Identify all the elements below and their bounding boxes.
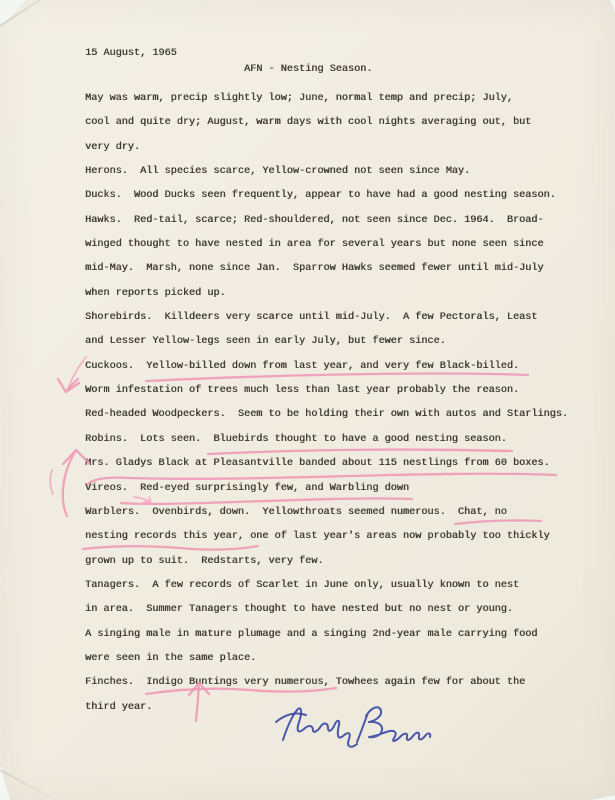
typed-line: Warblers. Ovenbirds, down. Yellowthroats… xyxy=(85,501,605,525)
typed-line: in area. Summer Tanagers thought to have… xyxy=(85,598,605,622)
typed-line: when reports picked up. xyxy=(85,282,605,306)
typed-line: Finches. Indigo Buntings very numerous, … xyxy=(85,671,605,695)
typed-line: third year. xyxy=(85,696,605,720)
typed-line: Vireos. Red-eyed surprisingly few, and W… xyxy=(85,477,605,501)
typed-line: grown up to suit. Redstarts, very few. xyxy=(85,550,605,574)
typed-line: May was warm, precip slightly low; June,… xyxy=(85,87,605,111)
typed-line: Tanagers. A few records of Scarlet in Ju… xyxy=(85,574,605,598)
letter-date: 15 August, 1965 xyxy=(85,48,177,59)
typed-line: and Lesser Yellow-legs seen in early Jul… xyxy=(85,330,605,354)
letter-body: May was warm, precip slightly low; June,… xyxy=(85,87,605,720)
typed-line: Mrs. Gladys Black at Pleasantville bande… xyxy=(85,452,605,476)
typed-line: very dry. xyxy=(85,136,605,160)
typed-line: Robins. Lots seen. Bluebirds thought to … xyxy=(85,428,605,452)
typed-line: were seen in the same place. xyxy=(85,647,605,671)
typed-line: winged thought to have nested in area fo… xyxy=(85,233,605,257)
typed-line: Worm infestation of trees much less than… xyxy=(85,379,605,403)
typed-line: Herons. All species scarce, Yellow-crown… xyxy=(85,160,605,184)
typed-line: nesting records this year, one of last y… xyxy=(85,525,605,549)
typed-line: mid-May. Marsh, none since Jan. Sparrow … xyxy=(85,257,605,281)
typed-line: Cuckoos. Yellow-billed down from last ye… xyxy=(85,355,605,379)
typed-line: Ducks. Wood Ducks seen frequently, appea… xyxy=(85,184,605,208)
letter-title: AFN - Nesting Season. xyxy=(244,64,372,75)
typed-line: Red-headed Woodpeckers. Seem to be holdi… xyxy=(85,403,605,427)
typed-line: Shorebirds. Killdeers very scarce until … xyxy=(85,306,605,330)
typed-line: cool and quite dry; August, warm days wi… xyxy=(85,111,605,135)
typed-line: Hawks. Red-tail, scarce; Red-shouldered,… xyxy=(85,209,605,233)
typed-line: A singing male in mature plumage and a s… xyxy=(85,623,605,647)
